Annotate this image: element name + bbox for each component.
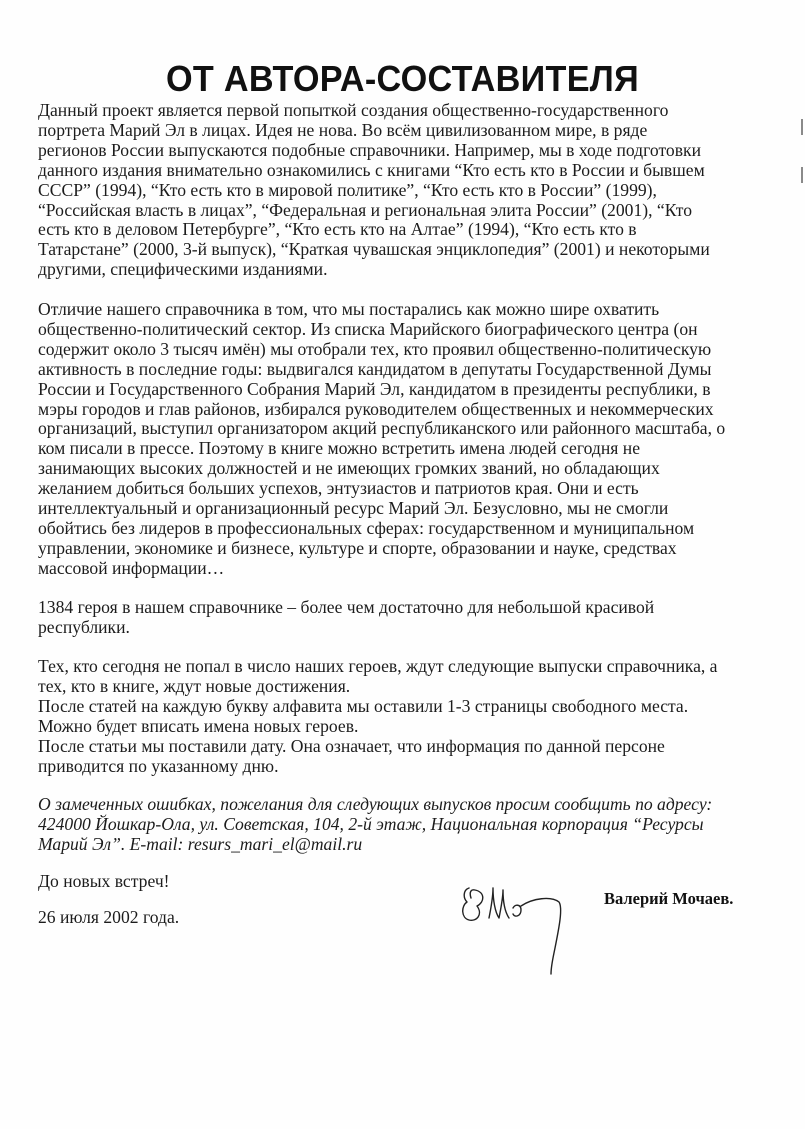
page-title: ОТ АВТОРА-СОСТАВИТЕЛЯ [20, 58, 785, 100]
text-line: Можно будет вписать имена новых героев. [38, 717, 778, 737]
text-line: содержит около 3 тысяч имён) мы отобрали… [38, 340, 778, 360]
text-line: организаций, выступил организатором акци… [38, 419, 778, 439]
text-line: После статьи мы поставили дату. Она озна… [38, 737, 778, 757]
text-line: портрета Марий Эл в лицах. Идея не нова.… [38, 121, 778, 141]
text-line: 424000 Йошкар-Ола, ул. Советская, 104, 2… [38, 815, 778, 835]
text-line: 1384 героя в нашем справочнике – более ч… [38, 598, 778, 618]
text-line: приводится по указанному дню. [38, 757, 778, 777]
text-line: Марий Эл”. E-mail: resurs_mari_el@mail.r… [38, 835, 778, 855]
text-line: Данный проект является первой попыткой с… [38, 101, 778, 121]
text-line: ком писали в прессе. Поэтому в книге мож… [38, 439, 778, 459]
text-line: массовой информации… [38, 559, 778, 579]
text-line: России и Государственного Собрания Марий… [38, 380, 778, 400]
text-line: регионов России выпускаются подобные спр… [38, 141, 778, 161]
text-line: управлении, экономике и бизнесе, культур… [38, 539, 778, 559]
text-line: есть кто в деловом Петербурге”, “Кто ест… [38, 220, 778, 240]
text-line: данного издания внимательно ознакомились… [38, 161, 778, 181]
paragraph-difference: Отличие нашего справочника в том, что мы… [38, 300, 778, 579]
text-line: желанием добиться больших успехов, энтуз… [38, 479, 778, 499]
text-line: обойтись без лидеров в профессиональных … [38, 519, 778, 539]
paragraph-heroes-count: 1384 героя в нашем справочнике – более ч… [38, 598, 778, 638]
text-line: активность в последние годы: выдвигался … [38, 360, 778, 380]
text-line: интеллектуальный и организационный ресур… [38, 499, 778, 519]
scan-edge-mark [801, 167, 803, 183]
text-line: Отличие нашего справочника в том, что мы… [38, 300, 778, 320]
text-line: “Российская власть в лицах”, “Федеральна… [38, 201, 778, 221]
paragraph-intro: Данный проект является первой попыткой с… [38, 101, 778, 280]
text-line: общественно-политический сектор. Из спис… [38, 320, 778, 340]
text-line: СССР” (1994), “Кто есть кто в мировой по… [38, 181, 778, 201]
paragraph-next-editions: Тех, кто сегодня не попал в число наших … [38, 657, 778, 776]
text-line: Татарстане” (2000, 3-й выпуск), “Краткая… [38, 240, 778, 260]
text-line: тех, кто в книге, ждут новые достижения. [38, 677, 778, 697]
author-name: Валерий Мочаев. [604, 889, 733, 909]
text-line: мэры городов и глав районов, избирался р… [38, 400, 778, 420]
scan-edge-mark [801, 119, 803, 135]
signature-icon [455, 878, 585, 978]
date-line: 26 июля 2002 года. [38, 908, 778, 928]
text-line: О замеченных ошибках, пожелания для след… [38, 795, 778, 815]
scanned-page: ОТ АВТОРА-СОСТАВИТЕЛЯ Данный проект явля… [0, 0, 805, 1129]
text-line: другими, специфическими изданиями. [38, 260, 778, 280]
text-line: занимающих высоких должностей и не имеющ… [38, 459, 778, 479]
text-line: После статей на каждую букву алфавита мы… [38, 697, 778, 717]
paragraph-contact-info: О замеченных ошибках, пожелания для след… [38, 795, 778, 855]
text-line: республики. [38, 618, 778, 638]
text-line: Тех, кто сегодня не попал в число наших … [38, 657, 778, 677]
